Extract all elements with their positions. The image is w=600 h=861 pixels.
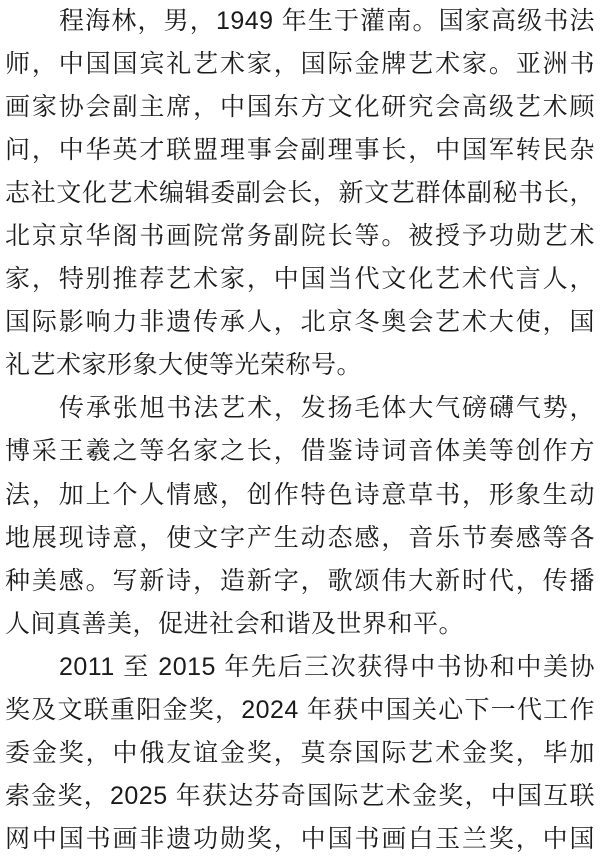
text-line: 2011 至 2015 年先后三次获得中书协和中美协金: [5, 646, 595, 689]
text-line: 志社文化艺术编辑委副会长，新文艺群体副秘书长，: [5, 172, 595, 215]
text-line: 礼艺术家形象大使等光荣称号。: [5, 344, 595, 387]
text-line: 师，中国国宾礼艺术家，国际金牌艺术家。亚洲书: [5, 43, 595, 86]
text-line: 法，加上个人情感，创作特色诗意草书，形象生动: [5, 474, 595, 517]
text-line: 地展现诗意，使文字产生动态感，音乐节奏感等各: [5, 517, 595, 560]
text-line: 家，特别推荐艺术家，中国当代文化艺术代言人，: [5, 258, 595, 301]
text-line: 问，中华英才联盟理事会副理事长，中国军转民杂: [5, 129, 595, 172]
text-line: 博采王羲之等名家之长，借鉴诗词音体美等创作方: [5, 430, 595, 473]
text-line: 传承张旭书法艺术，发扬毛体大气磅礴气势，: [5, 387, 595, 430]
text-line: 委金奖，中俄友谊金奖，莫奈国际艺术金奖，毕加: [5, 732, 595, 775]
text-line: 网中国书画非遗功勋奖，中国书画白玉兰奖，中国: [5, 818, 595, 861]
text-line: 画家协会副主席，中国东方文化研究会高级艺术顾: [5, 86, 595, 129]
text-line: 奖及文联重阳金奖，2024 年获中国关心下一代工作: [5, 689, 595, 732]
text-line: 索金奖，2025 年获达芬奇国际艺术金奖，中国互联: [5, 775, 595, 818]
text-line: 北京京华阁书画院常务副院长等。被授予功勋艺术: [5, 215, 595, 258]
document-page: 程海林，男，1949 年生于灌南。国家高级书法师，中国国宾礼艺术家，国际金牌艺术…: [0, 0, 600, 861]
text-line: 程海林，男，1949 年生于灌南。国家高级书法: [5, 0, 595, 43]
text-line: 种美感。写新诗，造新字，歌颂伟大新时代，传播: [5, 560, 595, 603]
text-line: 人间真善美，促进社会和谐及世界和平。: [5, 603, 595, 646]
text-line: 国际影响力非遗传承人，北京冬奥会艺术大使，国: [5, 301, 595, 344]
